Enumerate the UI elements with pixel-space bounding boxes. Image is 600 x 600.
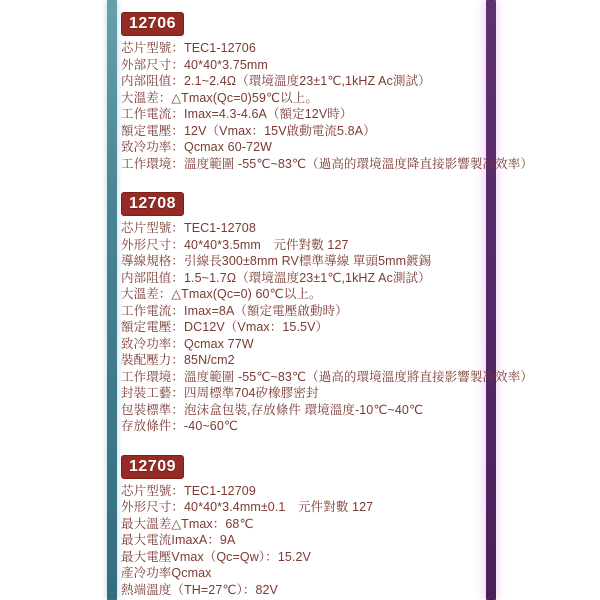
model-section: 12708 芯片型號：TEC1-12708外形尺寸：40*40*3.5mm 元件… xyxy=(121,192,483,435)
spec-line: 產冷功率Qcmax xyxy=(121,565,483,582)
spec-lines: 芯片型號：TEC1-12709外形尺寸：40*40*3.4mm±0.1 元件對數… xyxy=(121,483,483,599)
spec-line: 裝配壓力：85N/cm2 xyxy=(121,352,483,369)
spec-line: 内部阻值：2.1~2.4Ω（環境溫度23±1℃,1kHZ Ac測試） xyxy=(121,73,483,90)
model-badge: 12708 xyxy=(121,192,184,216)
product-spec-sheet: 12706 芯片型號：TEC1-12706外部尺寸：40*40*3.75mm内部… xyxy=(0,0,600,600)
spec-line: 工作電流：Imax=4.3-4.6A（額定12V時） xyxy=(121,106,483,123)
spec-line: 大溫差：△Tmax(Qc=0) 60℃以上。 xyxy=(121,286,483,303)
spec-line: 外形尺寸：40*40*3.4mm±0.1 元件對數 127 xyxy=(121,499,483,516)
left-border-stripe xyxy=(107,0,117,600)
spec-line: 外形尺寸：40*40*3.5mm 元件對數 127 xyxy=(121,237,483,254)
spec-line: 最大電壓Vmax（Qc=Qw）：15.2V xyxy=(121,549,483,566)
spec-line: 致冷功率：Qcmax 77W xyxy=(121,336,483,353)
spec-line: 最大溫差△Tmax：68℃ xyxy=(121,516,483,533)
right-border-stripe xyxy=(486,0,496,600)
model-section: 12709 芯片型號：TEC1-12709外形尺寸：40*40*3.4mm±0.… xyxy=(121,455,483,599)
model-badge: 12706 xyxy=(121,12,184,36)
spec-line: 芯片型號：TEC1-12706 xyxy=(121,40,483,57)
spec-line: 額定電壓：12V（Vmax：15V啟動電流5.8A） xyxy=(121,123,483,140)
spec-line: 芯片型號：TEC1-12708 xyxy=(121,220,483,237)
spec-lines: 芯片型號：TEC1-12708外形尺寸：40*40*3.5mm 元件對數 127… xyxy=(121,220,483,435)
spec-line: 最大電流ImaxA：9A xyxy=(121,532,483,549)
spec-line: 工作環境：溫度範圍 -55℃~83℃（過高的環境溫度將直接影響製冷效率） xyxy=(121,369,483,386)
spec-line: 導線規格：引線長300±8mm RV標準導線 單頭5mm鍍錫 xyxy=(121,253,483,270)
spec-line: 存放條件：-40~60℃ xyxy=(121,418,483,435)
spec-line: 工作環境：溫度範圍 -55℃~83℃（過高的環境溫度降直接影響製冷效率） xyxy=(121,156,483,173)
spec-line: 額定電壓：DC12V（Vmax：15.5V） xyxy=(121,319,483,336)
spec-line: 包裝標準：泡沫盒包裝,存放條件 環境溫度-10℃~40℃ xyxy=(121,402,483,419)
spec-line: 工作電流：Imax=8A（額定電壓啟動時） xyxy=(121,303,483,320)
model-badge: 12709 xyxy=(121,455,184,479)
spec-line: 外部尺寸：40*40*3.75mm xyxy=(121,57,483,74)
spec-lines: 芯片型號：TEC1-12706外部尺寸：40*40*3.75mm内部阻值：2.1… xyxy=(121,40,483,172)
spec-line: 大溫差：△Tmax(Qc=0)59℃以上。 xyxy=(121,90,483,107)
spec-line: 熱端溫度（TH=27℃）：82V xyxy=(121,582,483,599)
model-section: 12706 芯片型號：TEC1-12706外部尺寸：40*40*3.75mm内部… xyxy=(121,12,483,172)
spec-line: 致冷功率：Qcmax 60-72W xyxy=(121,139,483,156)
spec-content: 12706 芯片型號：TEC1-12706外部尺寸：40*40*3.75mm内部… xyxy=(121,12,483,598)
spec-line: 封裝工藝：四周標準704矽橡膠密封 xyxy=(121,385,483,402)
spec-line: 内部阻值：1.5~1.7Ω（環境溫度23±1℃,1kHZ Ac測試） xyxy=(121,270,483,287)
spec-line: 芯片型號：TEC1-12709 xyxy=(121,483,483,500)
